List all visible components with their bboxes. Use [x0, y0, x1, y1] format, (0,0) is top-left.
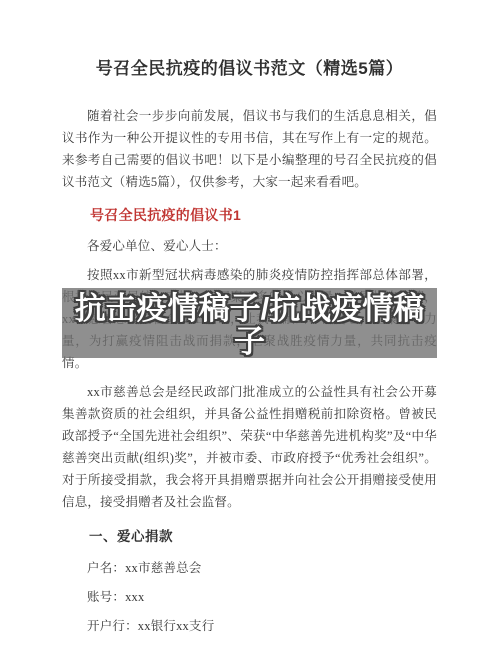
section-heading-proposal-1: 号召全民抗疫的倡议书1 — [62, 204, 437, 226]
watermark-text-line1: 抗击疫情稿子/抗战疫情稿 — [75, 292, 425, 326]
field-account-name: 户名：xx市慈善总会 — [62, 557, 437, 579]
watermark-overlay-banner[interactable]: 抗击疫情稿子/抗战疫情稿 子 — [62, 288, 437, 358]
field-bank-branch: 开户行：xx银行xx支行 — [62, 615, 437, 637]
donation-subheading: 一、爱心捐款 — [62, 526, 437, 548]
field-account-number: 账号：xxx — [62, 586, 437, 608]
intro-paragraph: 随着社会一步步向前发展，倡议书与我们的生活息息相关，倡议书作为一种公开提议性的专… — [62, 105, 437, 193]
organization-paragraph: xx市慈善总会是经民政部门批准成立的公益性具有社会公开募集善款资质的社会组织，并… — [62, 381, 437, 513]
page-title: 号召全民抗疫的倡议书范文（精选5篇） — [62, 57, 437, 81]
salutation-line: 各爱心单位、爱心人士： — [62, 235, 437, 257]
watermark-text-line2: 子 — [234, 326, 265, 358]
